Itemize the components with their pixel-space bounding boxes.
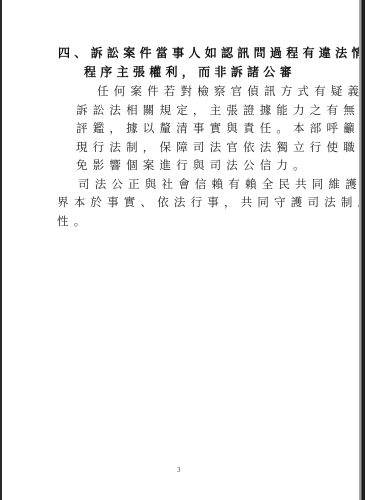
viewer-right-scrollbar-edge	[359, 0, 365, 500]
document-page: 四、訴訟案件當事人如認訊問過程有違法情事，應循法定 程序主張權利，而非訴諸公審 …	[2, 0, 359, 500]
section-number: 四、	[58, 46, 91, 60]
viewer-left-border	[0, 0, 2, 500]
paragraph-2-line-3: 性。	[57, 212, 90, 231]
paragraph-2-line-2: 界本於事實、依法行事，共同守護司法制度之尊嚴與正當	[57, 193, 365, 212]
paragraph-1-line-5: 免影響個案進行與司法公信力。	[76, 156, 310, 175]
paragraph-2-line-1: 司法公正與社會信賴有賴全民共同維護，本部呼籲各	[78, 175, 365, 194]
section-heading-line-2: 程序主張權利，而非訴諸公審	[84, 63, 296, 82]
paragraph-1-line-2: 訴訟法相關規定，主張證據能力之有無，或申請個案	[76, 101, 365, 120]
paragraph-1-line-3: 評鑑，據以釐清事實與責任。本部呼籲社會各界尊重	[76, 119, 365, 138]
paragraph-1-line-1: 任何案件若對檢察官偵訊方式有疑義，得依刑事	[97, 82, 365, 101]
section-heading-line-1: 四、訴訟案件當事人如認訊問過程有違法情事，應循法定	[58, 44, 365, 63]
paragraph-1-line-4: 現行法制，保障司法官依法獨立行使職權之空間，避	[76, 138, 365, 157]
section-heading-text-1: 訴訟案件當事人如認訊問過程有違法情事，應循法定	[91, 46, 365, 60]
page-number: 3	[177, 466, 181, 474]
document-viewer: 四、訴訟案件當事人如認訊問過程有違法情事，應循法定 程序主張權利，而非訴諸公審 …	[0, 0, 365, 500]
